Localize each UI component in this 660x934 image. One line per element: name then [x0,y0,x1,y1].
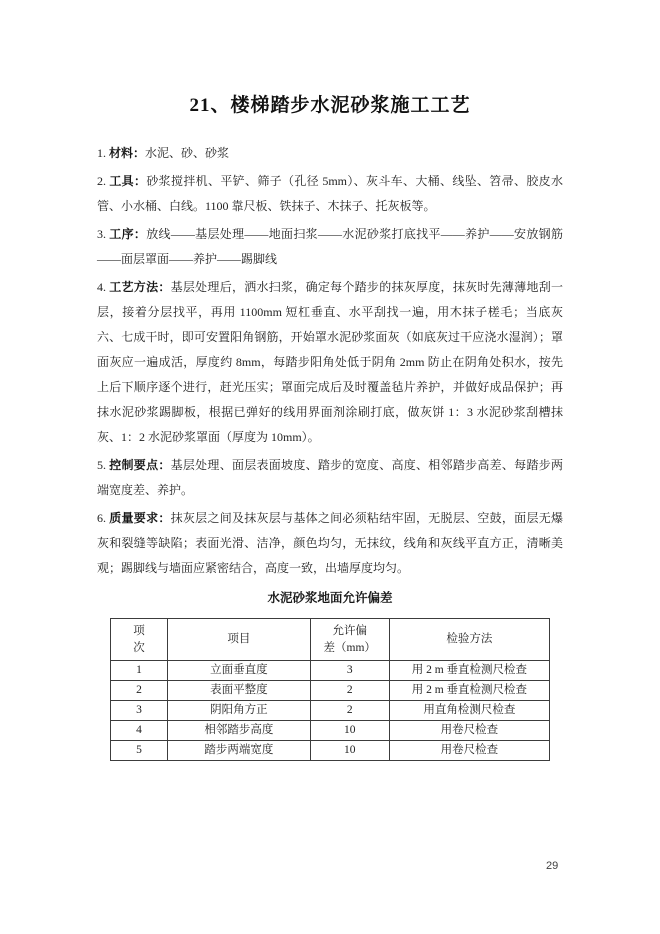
cell-item: 表面平整度 [168,681,311,701]
section-number: 3. [97,227,106,241]
document-page: 21、楼梯踏步水泥砂浆施工工艺 1.材料：水泥、砂、砂浆 2.工具：砂浆搅拌机、… [0,0,660,934]
section-number: 2. [97,174,106,188]
section-label: 材料： [109,146,145,160]
cell-item: 踏步两端宽度 [168,741,311,761]
header-cell-deviation: 允许偏 差（mm） [310,619,389,661]
section-label: 工序： [109,227,146,241]
table-row: 4 相邻踏步高度 10 用卷尺检查 [111,721,550,741]
table-row: 1 立面垂直度 3 用 2 m 垂直检测尺检查 [111,661,550,681]
section-tools: 2.工具：砂浆搅拌机、平铲、筛子（孔径 5mm）、灰斗车、大桶、线坠、笤帚、胶皮… [97,169,563,219]
table-header-row: 项 次 项目 允许偏 差（mm） 检验方法 [111,619,550,661]
cell-index: 3 [111,701,168,721]
table-title: 水泥砂浆地面允许偏差 [97,588,563,606]
section-number: 5. [97,458,106,472]
cell-index: 2 [111,681,168,701]
section-label: 工具： [109,174,146,188]
cell-item: 立面垂直度 [168,661,311,681]
section-control-points: 5.控制要点：基层处理、面层表面坡度、踏步的宽度、高度、相邻踏步高差、每踏步两端… [97,453,563,503]
header-cell-index: 项 次 [111,619,168,661]
header-cell-item: 项目 [168,619,311,661]
cell-method: 用卷尺检查 [389,721,549,741]
cell-deviation: 10 [310,741,389,761]
table-row: 2 表面平整度 2 用 2 m 垂直检测尺检查 [111,681,550,701]
section-quality-requirements: 6.质量要求：抹灰层之间及抹灰层与基体之间必须粘结牢固，无脱层、空鼓，面层无爆灰… [97,506,563,581]
cell-deviation: 2 [310,701,389,721]
cell-item: 阴阳角方正 [168,701,311,721]
page-title: 21、楼梯踏步水泥砂浆施工工艺 [97,90,563,117]
cell-deviation: 10 [310,721,389,741]
section-text: 水泥、砂、砂浆 [145,146,229,160]
section-number: 6. [97,511,106,525]
cell-index: 5 [111,741,168,761]
section-procedure: 3.工序：放线——基层处理——地面扫浆——水泥砂浆打底找平——养护——安放钢筋—… [97,222,563,272]
document-content: 21、楼梯踏步水泥砂浆施工工艺 1.材料：水泥、砂、砂浆 2.工具：砂浆搅拌机、… [97,90,563,761]
cell-index: 1 [111,661,168,681]
table-row: 3 阴阳角方正 2 用直角检测尺检查 [111,701,550,721]
cell-method: 用卷尺检查 [389,741,549,761]
cell-method: 用 2 m 垂直检测尺检查 [389,681,549,701]
section-number: 4. [97,280,106,294]
section-label: 工艺方法： [109,280,171,294]
page-number: 29 [546,860,558,872]
cell-method: 用 2 m 垂直检测尺检查 [389,661,549,681]
header-cell-method: 检验方法 [389,619,549,661]
section-label: 控制要点： [109,458,171,472]
section-text: 放线——基层处理——地面扫浆——水泥砂浆打底找平——养护——安放钢筋——面层罩面… [97,227,563,266]
section-text: 基层处理后，洒水扫浆，确定每个踏步的抹灰厚度，抹灰时先薄薄地刮一层，接着分层找平… [97,280,563,444]
section-number: 1. [97,146,106,160]
cell-index: 4 [111,721,168,741]
cell-deviation: 2 [310,681,389,701]
table-row: 5 踏步两端宽度 10 用卷尺检查 [111,741,550,761]
section-label: 质量要求： [109,511,171,525]
deviation-table: 项 次 项目 允许偏 差（mm） 检验方法 1 立面垂直度 3 用 2 m 垂直… [110,618,550,761]
cell-deviation: 3 [310,661,389,681]
cell-item: 相邻踏步高度 [168,721,311,741]
section-method: 4.工艺方法：基层处理后，洒水扫浆，确定每个踏步的抹灰厚度，抹灰时先薄薄地刮一层… [97,275,563,450]
section-text: 砂浆搅拌机、平铲、筛子（孔径 5mm）、灰斗车、大桶、线坠、笤帚、胶皮水管、小水… [97,174,563,213]
cell-method: 用直角检测尺检查 [389,701,549,721]
section-materials: 1.材料：水泥、砂、砂浆 [97,141,563,166]
